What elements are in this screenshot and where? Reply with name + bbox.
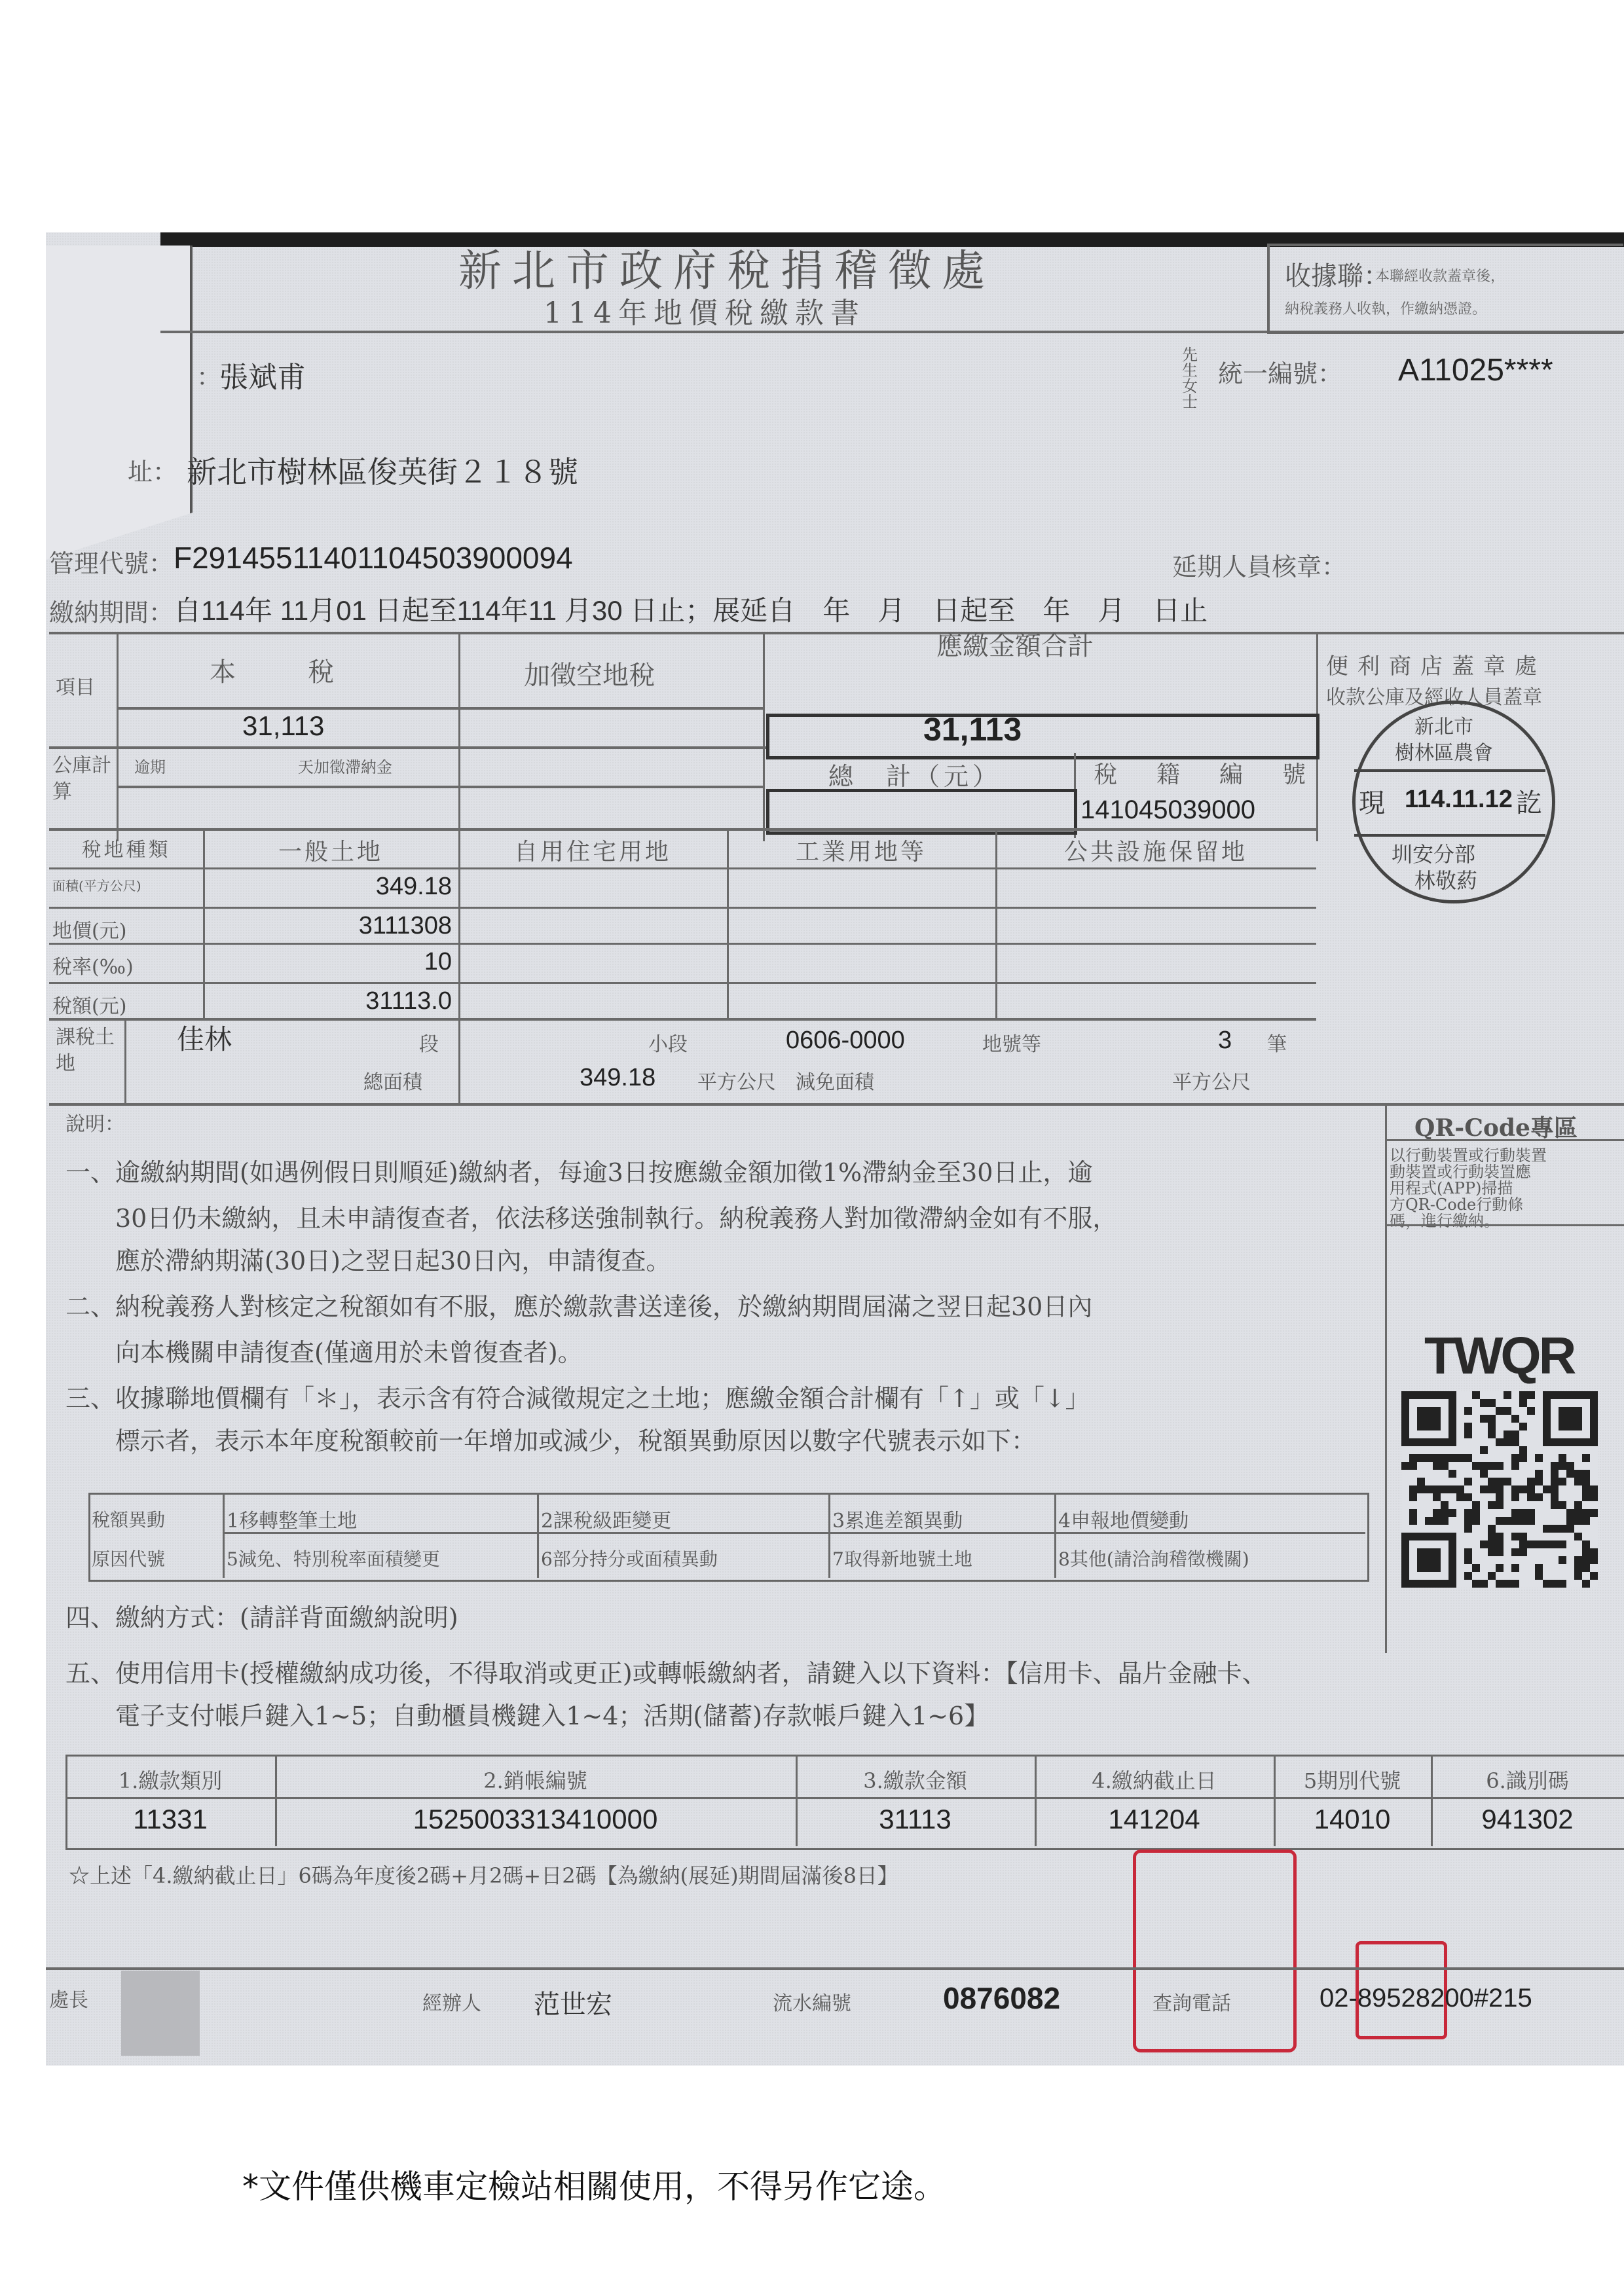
director-label: 處長 [49, 1984, 88, 2013]
note-line: 一、逾繳納期間(如遇例假日則順延)繳納者，每逾3日按應繳金額加徵1%滯納金至30… [65, 1152, 1092, 1188]
deadline-note: ☆上述「4.繳納截止日」6碼為年度後2碼+月2碼+日2碼【為繳納(展延)期間屆滿… [69, 1859, 898, 1889]
row-divider [117, 786, 765, 788]
land-table-row-label: 稅額(元) [52, 990, 126, 1019]
land-table-header: 稅地種類 [49, 833, 203, 862]
note-line: 標示者，表示本年度稅額較前一年增加或減少，稅額異動原因以數字代號表示如下： [65, 1421, 1036, 1457]
reason-code: 6部分持分或面積異動 [541, 1545, 718, 1571]
row-divider [1385, 1139, 1624, 1141]
handler-name: 范世宏 [534, 1984, 612, 2021]
reason-label-bottom: 原因代號 [92, 1545, 165, 1571]
vacant-land-tax-label: 加徵空地稅 [524, 655, 655, 692]
reason-code: 7取得新地號土地 [832, 1545, 972, 1571]
item-label: 項目 [56, 671, 95, 700]
honorific: 先生 女士 [1182, 347, 1208, 410]
id-label: 統一編號： [1218, 354, 1342, 390]
area-unit: 平方公尺 [697, 1066, 776, 1095]
qr-instruction-line: 碼，進行繳納。 [1390, 1208, 1500, 1231]
total-area-label: 總面積 [363, 1066, 422, 1095]
land-table-cell: 31113.0 [203, 987, 452, 1015]
section-name: 佳林 [177, 1018, 232, 1057]
land-table-header: 公共設施保留地 [995, 833, 1316, 867]
tax-register-value: 141045039000 [1080, 795, 1255, 825]
payment-table-value: 141204 [1035, 1804, 1274, 1835]
receipt-note-2: 納稅義務人收執，作繳納憑證。 [1285, 298, 1486, 318]
payment-method-note: 四、繳納方式：(請詳背面繳納說明) [65, 1597, 458, 1633]
land-table-cell: 349.18 [203, 873, 452, 901]
payment-period: 自114年 11月01 日起至114年11 月30 日止；展延自 年 月 日起至… [174, 589, 1208, 629]
row-divider [49, 1018, 1316, 1021]
footer-divider [46, 1967, 1624, 1970]
late-fee-label: 天加徵滯納金 [298, 754, 392, 777]
row-divider [49, 746, 766, 749]
lot-unit: 筆 [1267, 1028, 1287, 1057]
overdue-label: 逾期 [134, 754, 166, 777]
reason-code: 8其他(請洽詢稽徵機關) [1058, 1545, 1249, 1571]
exempt-area-unit: 平方公尺 [1172, 1066, 1251, 1095]
row-divider [117, 707, 765, 710]
reason-code: 5減免、特別稅率面積變更 [227, 1545, 440, 1571]
tax-register-label: 稅 籍 編 號 [1094, 756, 1314, 790]
qr-code-icon[interactable] [1401, 1385, 1598, 1594]
col-divider [223, 1493, 225, 1578]
col-divider [124, 1018, 126, 1103]
director-seal [121, 1971, 200, 2056]
col-divider [828, 1493, 830, 1578]
section-label: 段 [419, 1028, 439, 1057]
subsection-label: 小段 [648, 1028, 688, 1057]
form-title: 114年地價稅繳款書 [544, 289, 866, 331]
receipt-note-1: 本聯經收款蓋章後， [1375, 265, 1505, 285]
land-table-row-label: 地價(元) [52, 915, 126, 943]
col-divider [537, 1493, 539, 1578]
note-line: 向本機關申請復查(僅適用於未曾復查者)。 [65, 1332, 583, 1368]
mgmt-code-label: 管理代號： [49, 543, 174, 579]
payment-table-header: 2.銷帳編號 [275, 1764, 796, 1795]
reason-code: 1移轉整筆土地 [227, 1504, 357, 1533]
payment-table-value: 11331 [65, 1804, 275, 1835]
row-divider [49, 1103, 1624, 1106]
treasury-label: 公庫計算 [52, 753, 111, 805]
reason-code: 4申報地價變動 [1058, 1504, 1189, 1533]
note-line: 30日仍未繳納，且未申請復查者，依法移送強制執行。納稅義務人對加徵滯納金如有不服… [65, 1198, 1117, 1234]
notes-heading: 說明： [65, 1108, 124, 1137]
phone-value: 02-89528200#215 [1319, 1984, 1532, 2013]
id-value: A11025**** [1398, 352, 1553, 388]
folded-corner [46, 246, 193, 560]
total-area: 349.18 [580, 1064, 655, 1092]
payment-table-value: 941302 [1431, 1804, 1624, 1835]
twqr-logo: TWQR [1424, 1326, 1574, 1386]
row-divider [49, 982, 1316, 984]
taxpayer-name: 張斌甫 [219, 354, 306, 395]
land-table-row-label: 面積(平方公尺) [52, 875, 141, 894]
row-divider [1385, 1224, 1624, 1226]
period-label: 繳納期間： [49, 592, 174, 629]
stamp-left-char: 現 [1359, 782, 1385, 820]
base-tax-label: 本 稅 [210, 651, 341, 689]
payment-table-header: 3.繳款金額 [796, 1764, 1035, 1795]
stamp-line1: 新北市 [1414, 710, 1473, 739]
payment-table-header: 4.繳納截止日 [1035, 1764, 1274, 1795]
land-table-header: 工業用地等 [727, 833, 995, 867]
land-table-cell: 10 [203, 948, 452, 976]
reason-code: 3累進差額異動 [832, 1504, 963, 1533]
land-table-cell: 3111308 [203, 912, 452, 940]
row-divider [49, 828, 1316, 831]
address-label: 址： [128, 452, 177, 488]
total-due-box [766, 714, 1319, 759]
land-table-header: 自用住宅用地 [458, 833, 727, 867]
taxable-land-label: 課稅土地 [56, 1025, 121, 1077]
lot-label: 地號等 [982, 1028, 1041, 1057]
handler-label: 經辦人 [422, 1987, 481, 2016]
card-payment-note-1: 五、使用信用卡(授權繳納成功後，不得取消或更正)或轉帳繳納者，請鍵入以下資料：【… [65, 1653, 1267, 1689]
col-divider [1385, 1103, 1387, 1653]
stamp-date: 114.11.12 [1405, 786, 1513, 814]
reason-label-top: 稅額異動 [92, 1506, 165, 1532]
total-due-value: 31,113 [923, 710, 1022, 748]
name-label: ： [196, 357, 221, 393]
note-line: 三、收據聯地價欄有「＊」，表示含有符合減徵規定之土地；應繳金額合計欄有「↑」或「… [65, 1378, 1090, 1414]
lot-number: 0606-0000 [786, 1027, 905, 1055]
row-divider [65, 1797, 1624, 1799]
serial-label: 流水編號 [773, 1987, 851, 2016]
qr-panel-title: QR-Code專區 [1414, 1110, 1578, 1143]
col-divider [117, 632, 119, 841]
card-payment-note-2: 電子支付帳戶鍵入1~5；自動櫃員機鍵入1~4；活期(儲蓄)存款帳戶鍵入1~6】 [65, 1696, 989, 1732]
col-divider [1054, 1493, 1056, 1578]
note-line: 二、納稅義務人對核定之稅額如有不服，應於繳款書送達後，於繳納期間屆滿之翌日起30… [65, 1286, 1092, 1322]
payment-table-header: 6.識別碼 [1431, 1764, 1624, 1795]
land-table-row-label: 稅率(‰) [52, 951, 134, 979]
total-due-label: 應繳金額合計 [936, 625, 1094, 663]
red-seal-large [1133, 1850, 1297, 2052]
note-line: 應於滯納期滿(30日)之翌日起30日內，申請復查。 [65, 1241, 671, 1277]
stamp-line4: 林敬葯 [1414, 864, 1477, 894]
lot-count: 3 [1218, 1027, 1232, 1055]
exempt-area-label: 減免面積 [796, 1066, 874, 1095]
row-divider [223, 1532, 1365, 1534]
reason-code: 2課稅級距變更 [541, 1504, 671, 1533]
payment-table-value: 31113 [796, 1804, 1035, 1835]
col-divider [763, 632, 765, 841]
stamp-line2: 樹林區農會 [1395, 737, 1493, 765]
row-divider [49, 943, 1316, 945]
payment-table-value: 1525003313410000 [275, 1804, 796, 1835]
stamp-right-char: 訖 [1516, 782, 1542, 820]
payment-table-value: 14010 [1274, 1804, 1431, 1835]
payment-table-header: 5期別代號 [1274, 1764, 1431, 1795]
phone-label: 查詢電話 [1153, 1987, 1231, 2016]
taxpayer-address: 新北市樹林區俊英街２１８號 [187, 448, 578, 492]
land-table-header: 一般土地 [203, 833, 458, 867]
agency-title: 新北市政府稅捐稽徵處 [458, 236, 995, 298]
table-top-line [49, 632, 1624, 634]
row-divider [49, 907, 1316, 909]
row-divider [49, 867, 1316, 869]
disclaimer: *文件僅供機車定檢站相關使用，不得另作它途。 [242, 2160, 946, 2208]
extension-officer-label: 延期人員核章： [1172, 547, 1346, 583]
base-tax-value: 31,113 [242, 710, 324, 742]
serial-value: 0876082 [943, 1980, 1060, 2016]
receipt-label: 收據聯： [1285, 255, 1390, 293]
grand-total-label: 總 計（元） [828, 756, 1001, 792]
payment-table-header: 1.繳款類別 [65, 1764, 275, 1795]
mgmt-code: F29145511401104503900094 [174, 540, 573, 575]
convenience-store-label: 便利商店蓋章處 [1326, 648, 1546, 680]
